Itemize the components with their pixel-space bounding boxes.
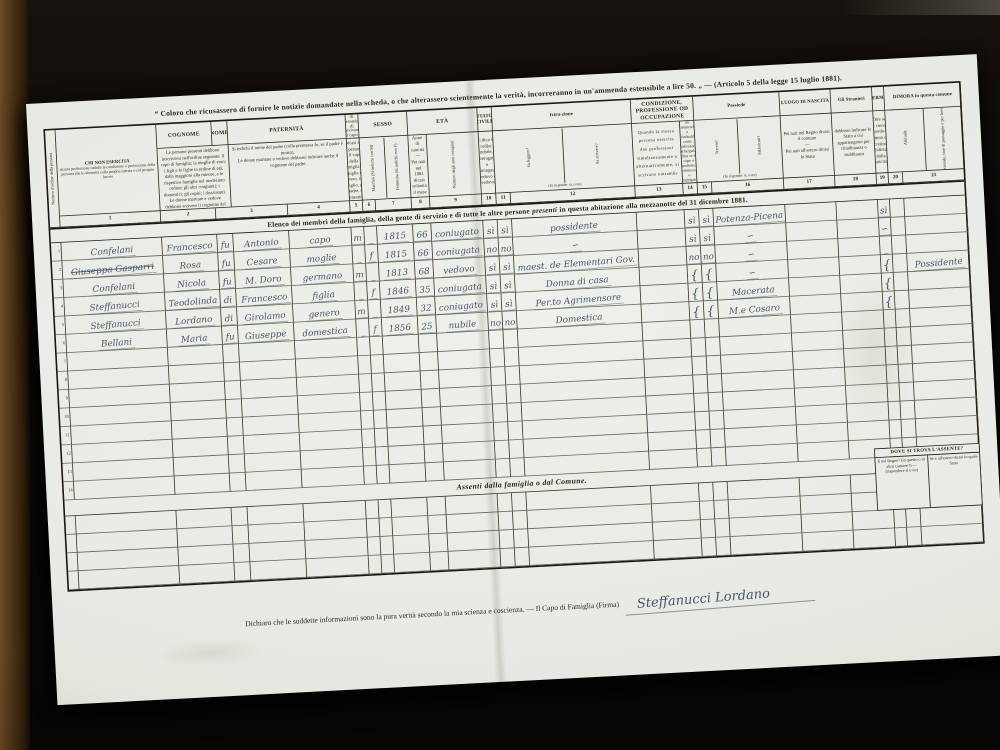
cell-anni: 25 <box>418 315 437 334</box>
col-chi-header: CHI NON ESERCITAalcuna professione indic… <box>55 125 160 217</box>
empty-cell <box>79 566 181 590</box>
cell-terreni: { <box>687 264 702 283</box>
empty-cell <box>512 492 527 511</box>
empty-cell <box>690 320 705 339</box>
empty-cell <box>362 429 376 448</box>
empty-cell <box>386 390 423 410</box>
empty-cell <box>422 407 441 426</box>
empty-cell <box>896 309 911 328</box>
empty-cell <box>898 364 913 383</box>
empty-cell <box>377 465 391 484</box>
empty-cell <box>897 327 912 346</box>
empty-cell <box>507 403 522 422</box>
empty-cell <box>853 528 896 549</box>
empty-cell <box>360 392 374 411</box>
empty-cell <box>492 385 507 404</box>
col-number: 7 <box>375 198 412 211</box>
cell-infermita <box>839 255 882 276</box>
cell-abituale: { <box>882 273 895 292</box>
cognome-nome-instructions: Le persone presenti debbono inscriversi … <box>157 145 231 211</box>
cell-maschio: m <box>355 300 369 319</box>
empty-cell <box>430 552 449 571</box>
cell-anni: 66 <box>414 242 433 261</box>
empty-cell <box>694 393 709 412</box>
cell-anno: 1815 <box>377 224 414 244</box>
empty-cell <box>886 365 899 384</box>
empty-cell <box>371 355 385 374</box>
empty-cell <box>710 429 725 448</box>
cell-femmina <box>366 263 380 282</box>
cell-fu: fu <box>217 234 234 253</box>
col-number: 20 <box>888 172 903 184</box>
empty-cell <box>421 370 440 389</box>
empty-cell <box>233 544 250 563</box>
cell-anni: 32 <box>417 297 436 316</box>
empty-cell <box>490 349 505 368</box>
col-stato-title: STATO CIVILE <box>477 107 493 132</box>
cell-terreni: { <box>688 283 703 302</box>
empty-cell <box>230 473 247 492</box>
empty-cell <box>379 518 393 537</box>
cell-occasionale <box>891 217 906 236</box>
cell-terreni: sì <box>684 209 699 228</box>
cell-scrive: no <box>502 311 517 330</box>
empty-cell <box>503 329 518 348</box>
paper-stain <box>130 629 292 677</box>
col-number: 14 <box>683 183 698 195</box>
empty-cell <box>700 501 715 520</box>
empty-cell <box>505 366 520 385</box>
cell-infermita <box>841 292 884 313</box>
empty-cell <box>496 459 511 478</box>
eta-anni-note: Numero degli anni compiuti <box>427 132 482 197</box>
dove-si-trova-box: DOVE SI TROVA L'ASSENTE? È nel Regno? (i… <box>874 443 983 511</box>
cell-femmina <box>368 300 382 319</box>
empty-cell <box>513 511 528 530</box>
sesso-subcolumns: Maschio (Si indichi con M)Femmina (Si in… <box>359 136 411 201</box>
empty-cell <box>428 515 447 534</box>
empty-cell <box>374 410 388 429</box>
empty-cell <box>489 330 504 349</box>
cell-legge: sì <box>485 257 500 276</box>
empty-cell <box>491 367 506 386</box>
cell-fabbricati: { <box>702 264 717 283</box>
cell-fu: fu <box>222 326 239 345</box>
cell-fu: fu <box>218 252 235 271</box>
empty-cell <box>225 381 242 400</box>
col-number: 18 <box>835 174 877 187</box>
empty-cell <box>707 356 722 375</box>
istruzione-subcolumns: Sa leggere?Sa scrivere?(Si risponde: sì,… <box>493 124 635 194</box>
empty-cell <box>421 389 440 408</box>
empty-cell <box>921 524 984 546</box>
col-number: 6 <box>363 200 376 212</box>
empty-cell <box>387 426 424 446</box>
empty-cell <box>229 454 246 473</box>
empty-cell <box>514 529 529 548</box>
cell-infermita <box>836 200 879 221</box>
empty-cell <box>367 518 381 537</box>
empty-cell <box>361 411 375 430</box>
dimora-subcolumns: AbitualeOccasionale, cioè di passaggio o… <box>885 107 965 173</box>
empty-cell <box>508 421 523 440</box>
empty-cell <box>847 402 890 423</box>
cell-fu: di <box>220 289 237 308</box>
cell-maschio <box>356 319 370 338</box>
cell-anno: 1846 <box>380 279 417 299</box>
empty-cell <box>228 436 245 455</box>
cell-occasionale <box>890 199 905 218</box>
condizione-12-note: Quando la stessa persona esercita due pr… <box>632 121 683 186</box>
empty-cell <box>500 548 515 567</box>
empty-cell <box>224 362 241 381</box>
empty-cell <box>515 547 530 566</box>
cell-maschio <box>352 245 366 264</box>
cell-maschio: m <box>351 227 365 246</box>
cell-occasionale <box>894 272 909 291</box>
census-sheet: “ Coloro che ricusassero di fornire le n… <box>26 54 1000 705</box>
empty-cell <box>888 401 901 420</box>
empty-cell <box>498 511 513 530</box>
cell-fabbricati: { <box>704 300 719 319</box>
empty-cell <box>845 365 888 386</box>
empty-cell <box>427 497 446 516</box>
cell-anni: 66 <box>413 223 432 242</box>
cell-occasionale <box>895 290 910 309</box>
cell-legge: sì <box>487 293 502 312</box>
empty-cell <box>388 445 425 465</box>
empty-cell <box>391 498 428 518</box>
empty-cell <box>363 447 377 466</box>
cell-infermita <box>840 273 883 294</box>
empty-cell <box>364 466 378 485</box>
col-number: 15 <box>697 182 712 194</box>
empty-cell <box>424 444 443 463</box>
cell-scrive: sì <box>501 293 516 312</box>
cell-anno: 1813 <box>379 261 416 281</box>
empty-cell <box>711 447 726 466</box>
cell-infermita <box>838 237 881 258</box>
empty-cell <box>730 533 803 555</box>
col-number: 11 <box>496 193 511 205</box>
empty-cell <box>654 538 703 559</box>
cell-fu: di <box>221 307 238 326</box>
cell-abituale: ∽ <box>879 218 892 237</box>
col-sesso-title: SESSO <box>358 112 408 139</box>
cell-abituale: sì <box>878 199 891 218</box>
empty-cell <box>420 352 439 371</box>
empty-cell <box>899 382 914 401</box>
cell-anni: 35 <box>416 278 435 297</box>
empty-cell <box>226 399 243 418</box>
empty-cell <box>306 556 369 578</box>
empty-cell <box>429 533 448 552</box>
col-number: 2 <box>161 208 217 222</box>
cell-fabbricati: no <box>701 245 716 264</box>
empty-cell <box>387 408 424 428</box>
empty-cell <box>885 328 898 347</box>
col-luogo-title: LUOGO DI NASCITA <box>779 89 831 116</box>
empty-cell <box>691 338 706 357</box>
empty-cell <box>802 530 854 551</box>
cell-anno: 1815 <box>378 243 415 263</box>
empty-cell <box>887 383 900 402</box>
empty-cell <box>372 373 386 392</box>
empty-cell <box>695 411 710 430</box>
cell-femmina: f <box>369 318 383 337</box>
empty-cell <box>392 516 429 536</box>
cell-scrive: sì <box>500 274 515 293</box>
empty-cell <box>706 337 721 356</box>
empty-cell <box>370 336 384 355</box>
empty-cell <box>381 555 395 574</box>
box-regno-note: È nel Regno? (in questo o in altro comun… <box>875 455 930 510</box>
empty-cell <box>716 537 731 556</box>
empty-cell <box>232 525 249 544</box>
empty-cell <box>385 371 422 391</box>
empty-cell <box>423 425 442 444</box>
cell-femmina: f <box>367 281 381 300</box>
empty-cell <box>394 553 431 573</box>
box-estero-note: Se è all'estero dicasi in quale Stato <box>928 453 982 508</box>
empty-cell <box>494 422 509 441</box>
empty-cell <box>419 334 438 353</box>
empty-cell <box>889 420 902 439</box>
census-table: Numero d'ordine della persona COGNOME NO… <box>43 81 988 591</box>
empty-cell <box>389 463 426 483</box>
empty-cell <box>846 384 889 405</box>
cell-anno: 1856 <box>382 316 419 336</box>
possiede-subcolumns: Terreni?Fabbricati?(Si risponde: sì, o n… <box>694 116 784 183</box>
empty-cell <box>393 534 430 554</box>
empty-cell <box>884 310 897 329</box>
empty-cell <box>510 458 525 477</box>
empty-cell <box>357 337 371 356</box>
empty-cell <box>250 559 307 580</box>
empty-cell <box>376 447 390 466</box>
cell-maschio <box>354 282 368 301</box>
cell-scrive: sì <box>498 219 513 238</box>
empty-cell <box>425 462 444 481</box>
cell-anni: 68 <box>415 260 434 279</box>
empty-cell <box>907 527 922 546</box>
empty-cell <box>897 346 912 365</box>
cell-occasionale <box>892 235 907 254</box>
empty-cell <box>509 440 524 459</box>
empty-cell <box>713 482 728 501</box>
luogo-instructions: Pei nati nel Regno dicasi il comune — Pe… <box>780 113 834 178</box>
cell-fabbricati: sì <box>700 227 715 246</box>
col-relazione-title: RELAZIONEdi parentela o di convivenza co… <box>345 114 359 139</box>
empty-cell <box>701 519 716 538</box>
cell-fu: fu <box>219 270 236 289</box>
cell-terreni: { <box>689 301 704 320</box>
empty-cell <box>497 493 512 512</box>
empty-cell <box>894 509 907 528</box>
empty-cell <box>705 319 720 338</box>
empty-cell <box>696 430 711 449</box>
empty-cell <box>179 563 235 584</box>
empty-cell <box>358 355 372 374</box>
empty-cell <box>693 375 708 394</box>
cell-femmina <box>364 226 378 245</box>
empty-cell <box>373 392 387 411</box>
empty-cell <box>844 347 887 368</box>
head-of-family-signature: Steffanucci Lordano <box>624 583 815 616</box>
empty-cell <box>359 374 373 393</box>
empty-cell <box>506 385 521 404</box>
cell-anno: 1849 <box>381 298 418 318</box>
empty-cell <box>709 411 724 430</box>
cell-legge: sì <box>486 275 501 294</box>
empty-cell <box>499 530 514 549</box>
empty-cell <box>843 329 886 350</box>
empty-cell <box>697 448 712 467</box>
col-number: 13 <box>635 184 684 198</box>
empty-cell <box>384 353 421 373</box>
empty-cell <box>366 500 380 519</box>
empty-cell <box>842 310 885 331</box>
col-number: 17 <box>784 176 836 190</box>
stranieri-instructions: debbono indicare lo Stato a cui apparten… <box>832 111 877 175</box>
col-cognome-title: COGNOME <box>156 122 212 149</box>
empty-cell <box>448 549 501 570</box>
col-number: 5 <box>350 201 363 213</box>
empty-cell <box>714 500 729 519</box>
empty-cell <box>852 510 895 531</box>
cell-scrive: no <box>498 238 513 257</box>
empty-cell <box>378 499 392 518</box>
empty-cell <box>715 519 730 538</box>
col-number: 10 <box>482 194 497 206</box>
col-condizione-title: CONDIZIONE, PROFESSIONE OD OCCUPAZIONE <box>631 97 695 124</box>
photo-background: “ Coloro che ricusassero di fornire le n… <box>0 0 1000 750</box>
empty-cell <box>380 536 394 555</box>
table-body: 1 Confelani Francesco fu Antonio capo m … <box>51 195 978 500</box>
empty-cell <box>227 417 244 436</box>
cell-infermita <box>837 218 880 239</box>
cell-legge: sì <box>483 220 498 239</box>
empty-cell <box>848 420 891 441</box>
empty-cell <box>708 392 723 411</box>
empty-cell <box>895 528 908 547</box>
col-number: 8 <box>411 197 430 209</box>
empty-cell <box>885 346 898 365</box>
paternita-instructions: Si indichi il nome del padre (colla prem… <box>228 139 350 208</box>
col-stranieri-title: Gli Stranieri <box>830 87 873 113</box>
cell-occasionale <box>893 254 908 273</box>
col-number: 9 <box>430 194 483 208</box>
empty-cell <box>369 555 383 574</box>
empty-cell <box>223 344 240 363</box>
empty-cell <box>699 483 714 502</box>
empty-cell <box>708 374 723 393</box>
empty-cell <box>375 428 389 447</box>
cell-abituale: { <box>881 254 894 273</box>
cell-femmina: f <box>365 245 379 264</box>
empty-cell <box>906 509 921 528</box>
empty-cell <box>493 404 508 423</box>
empty-cell <box>383 335 420 355</box>
empty-cell <box>234 562 251 581</box>
glare-streak <box>840 0 1000 15</box>
cell-fabbricati: { <box>703 282 718 301</box>
empty-cell <box>231 507 248 526</box>
empty-cell <box>495 440 510 459</box>
cell-terreni: sì <box>685 228 700 247</box>
empty-cell <box>702 538 717 557</box>
empty-cell <box>504 348 519 367</box>
cell-abituale: { <box>883 291 896 310</box>
empty-cell <box>368 537 382 556</box>
empty-cell <box>900 401 915 420</box>
cell-maschio: m <box>353 264 367 283</box>
cell-scrive: sì <box>499 256 514 275</box>
col-nome-title: NOME <box>211 121 228 146</box>
cell-abituale <box>880 236 893 255</box>
empty-cell <box>901 419 916 438</box>
col-number: 19 <box>876 173 889 185</box>
empty-cell <box>692 356 707 375</box>
